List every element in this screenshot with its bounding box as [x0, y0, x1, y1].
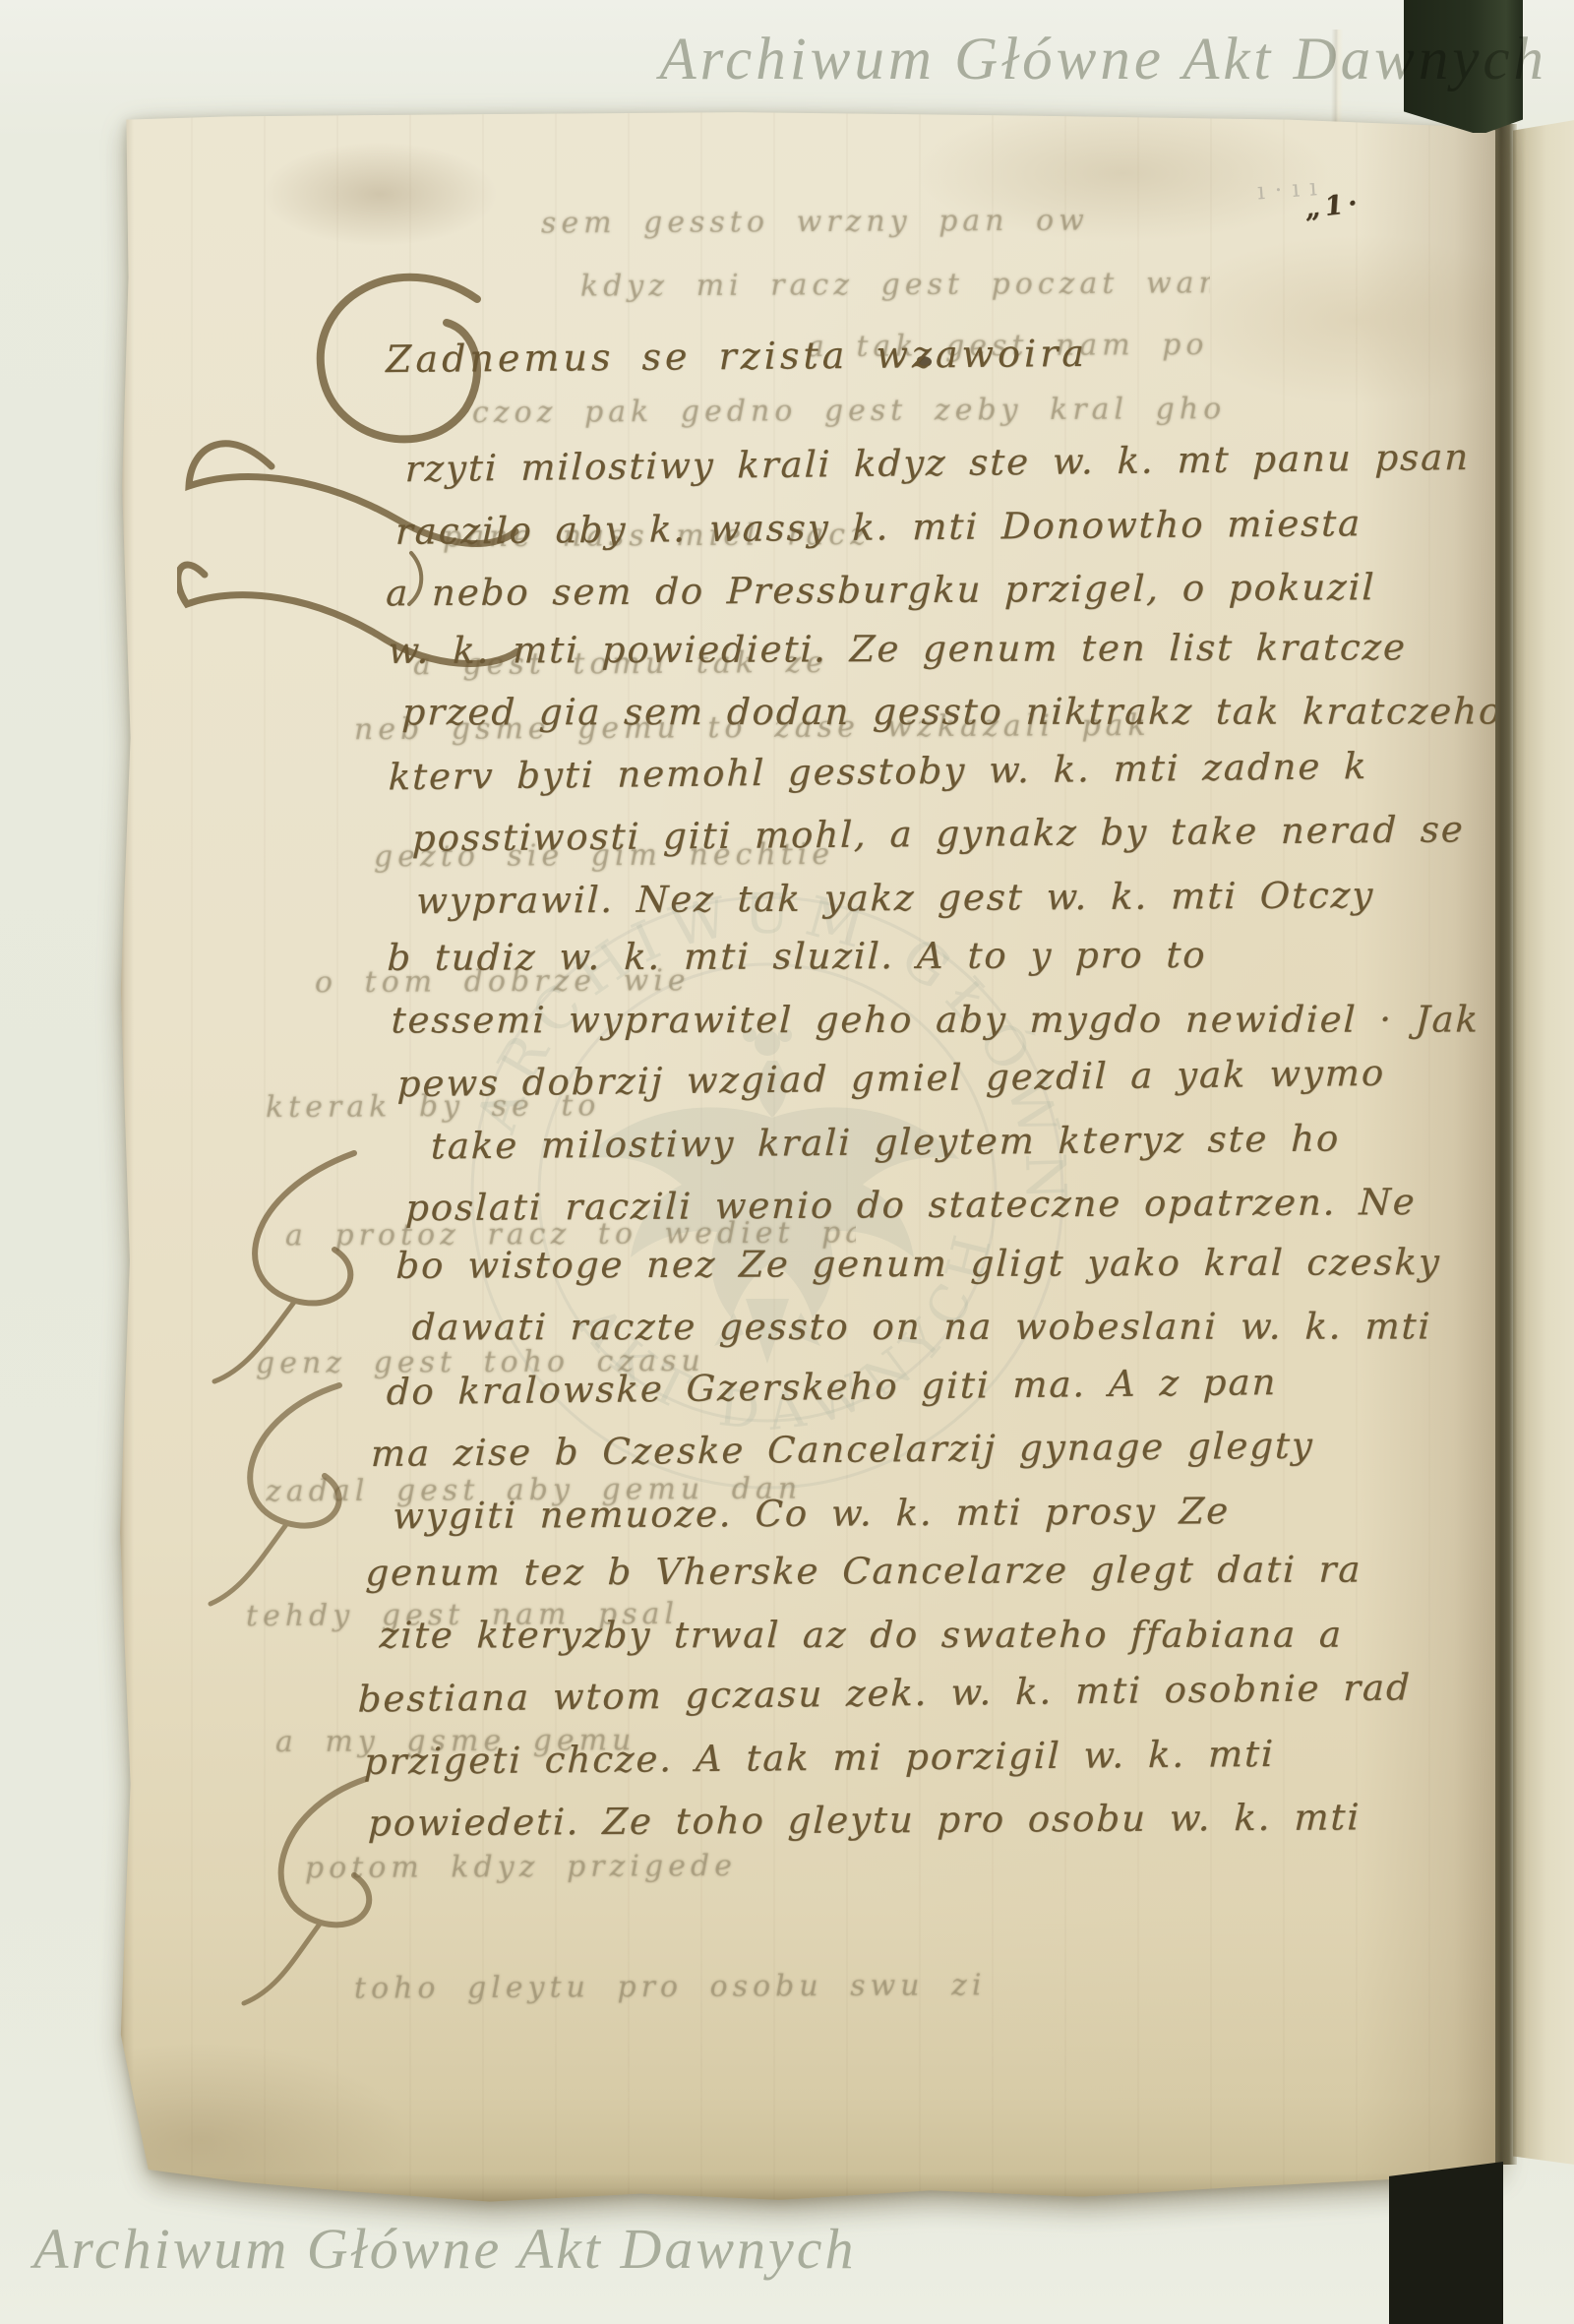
- film-strip-bottom: [1389, 2162, 1503, 2324]
- photo-canvas: ARCHIWUM GŁÓWNE AKT DAWNYCH sem gessto w…: [0, 0, 1574, 2324]
- manuscript-line: poslati raczili wenio do stateczne opatr…: [404, 1172, 1489, 1240]
- manuscript-line: wygiti nemuoze. Co w. k. mti prosy Ze: [392, 1479, 1481, 1547]
- manuscript-line: do kralowske Gzerskeho giti ma. A z pan: [386, 1349, 1483, 1423]
- manuscript-line: a nebo sem do Pressburgku przigel, o pok…: [385, 556, 1507, 624]
- manuscript-line: bestiana wtom gczasu zek. w. k. mti osob…: [357, 1657, 1475, 1731]
- manuscript-line: ma zise b Czeske Cancelarzij gynage gleg…: [370, 1414, 1482, 1485]
- manuscript-line: bo wistoge nez Ze genum gligt yako kral …: [395, 1231, 1488, 1296]
- manuscript-line: wyprawil. Nez tak yakz gest w. k. mti Ot…: [415, 864, 1498, 932]
- manuscript-line: kterv byti nemohl gesstoby w. k. mti zad…: [388, 734, 1501, 808]
- film-strip-top: [1404, 0, 1523, 133]
- bleedthrough-line: toho gleytu pro osobu swu ziadal: [354, 1968, 984, 2005]
- manuscript-line: tessemi wyprawitel geho aby mygdo newidi…: [391, 989, 1495, 1051]
- manuscript-line: powiedeti. Ze toho gleytu pro osobu w. k…: [367, 1787, 1472, 1855]
- manuscript-line: rzyti milostiwy krali kdyz ste w. k. mt …: [404, 426, 1510, 500]
- paper-surface: ARCHIWUM GŁÓWNE AKT DAWNYCH sem gessto w…: [118, 110, 1495, 2202]
- manuscript-line: b tudiz w. k. mti sluzil. A to y pro to: [387, 924, 1497, 989]
- facing-page-edge: [1513, 116, 1574, 2169]
- archive-watermark-bottom: Archiwum Główne Akt Dawnych: [33, 2216, 857, 2282]
- manuscript-heading: Zadnemus se rzista wzawoira: [386, 332, 1088, 381]
- manuscript-line: w. k. mti powiedieti. Ze genum ten list …: [388, 616, 1506, 681]
- manuscript-line: zite kteryzby trwal az do swateho ffabia…: [379, 1604, 1478, 1666]
- manuscript-line: posstiwosti giti mohl, a gynakz by take …: [411, 799, 1499, 870]
- margin-swash-icon: [187, 1133, 384, 1389]
- bleedthrough-line: kdyz mi racz gest poczat wam: [580, 266, 1210, 303]
- manuscript-line: take milostiwy krali gleytem kteryz ste …: [430, 1107, 1490, 1178]
- manuscript-line: przigeti chcze. A tak mi porzigil w. k. …: [363, 1722, 1473, 1793]
- manuscript-line: przed gia sem dodan gessto niktrakz tak …: [401, 681, 1504, 743]
- manuscript-line: raczilo aby k. wassy k. mti Donowtho mie…: [394, 491, 1508, 562]
- manuscript-line: genum tez b Vherske Cancelarze glegt dat…: [364, 1539, 1479, 1604]
- bleedthrough-line: czoz pak gedno gest zeby kral gho: [472, 392, 1259, 430]
- manuscript-text-block: rzyti milostiwy krali kdyz ste w. k. mt …: [349, 431, 1510, 1853]
- manuscript-page: ARCHIWUM GŁÓWNE AKT DAWNYCH sem gessto w…: [118, 110, 1495, 2202]
- bleedthrough-line: sem gessto wrzny pan ow: [541, 204, 1092, 241]
- margin-swash-icon: [177, 1358, 374, 1614]
- manuscript-line: dawati raczte gessto on na wobeslani w. …: [411, 1296, 1486, 1358]
- manuscript-line: pews dobrzij wzgiad gmiel gezdil a yak w…: [396, 1042, 1492, 1116]
